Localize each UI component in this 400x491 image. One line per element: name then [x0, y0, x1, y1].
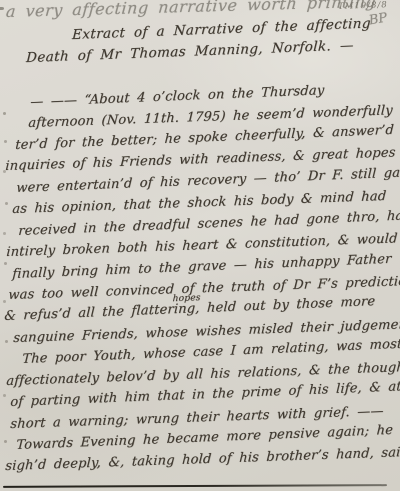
scan-edge-line [3, 484, 387, 488]
manuscript-page: a very affecting narrative worth printin… [0, 0, 400, 491]
inserted-word-above-line: hopes [172, 293, 200, 304]
edge-ink-speck [0, 7, 4, 10]
reference-number: TM19/8/8 [338, 0, 388, 12]
ink-show-through-marks [3, 112, 6, 115]
manuscript-body: — —— “About 4 o’clock on the Thursday af… [0, 95, 400, 481]
